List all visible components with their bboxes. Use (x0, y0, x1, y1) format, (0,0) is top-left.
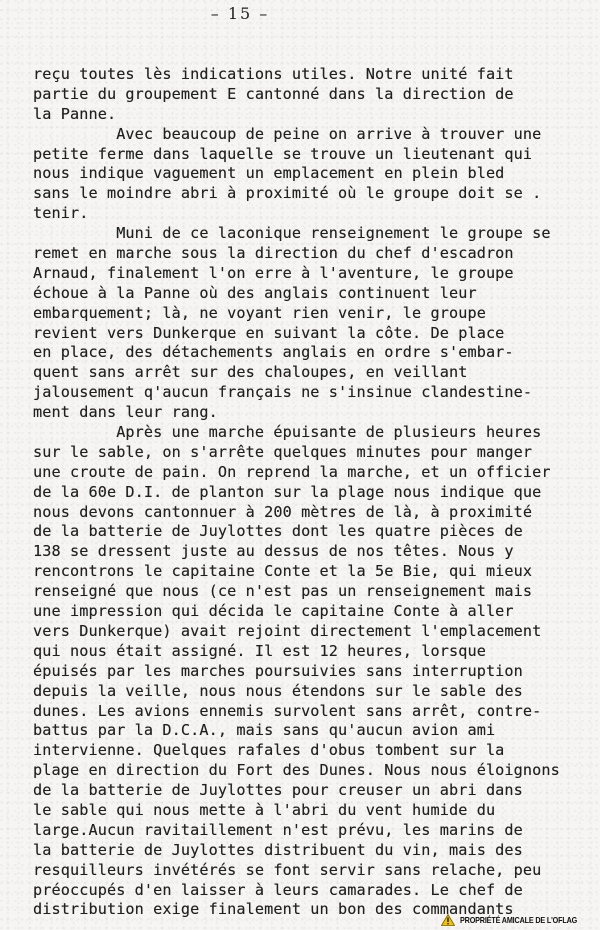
text-line: petite ferme dans laquelle se trouve un … (33, 145, 593, 165)
text-line: ment dans leur rang. (33, 403, 593, 423)
text-line: remet en marche sous la direction du che… (33, 244, 593, 264)
text-line: la Panne. (33, 105, 593, 125)
text-line: épuisés par les marches poursuivies sans… (33, 662, 593, 682)
text-line: vers Dunkerque) avait rejoint directemen… (33, 622, 593, 642)
text-line: resquilleurs invétérés se font servir sa… (33, 861, 593, 881)
text-line: Avec beaucoup de peine on arrive à trouv… (33, 125, 593, 145)
text-line: embarquement; là, ne voyant rien venir, … (33, 304, 593, 324)
text-line: de la 60e D.I. de planton sur la plage n… (33, 483, 593, 503)
text-line: tenir. (33, 204, 593, 224)
scanned-page: – 15 – reçu toutes lès indications utile… (0, 0, 600, 930)
text-line: Arnaud, finalement l'on erre à l'aventur… (33, 264, 593, 284)
page-number: – 15 – (200, 4, 280, 23)
text-line: Après une marche épuisante de plusieurs … (33, 423, 593, 443)
text-line: sans le moindre abri à proximité où le g… (33, 184, 593, 204)
text-line: reçu toutes lès indications utiles. Notr… (33, 65, 593, 85)
text-line: nous indique vaguement un emplacement en… (33, 164, 593, 184)
text-line: jalousement q'aucun français ne s'insinu… (33, 383, 593, 403)
text-line: la batterie de Juylottes distribuent du … (33, 841, 593, 861)
ownership-watermark: PROPRIÉTÉ AMICALE DE L'OFLAG (441, 914, 598, 926)
text-line: depuis la veille, nous nous étendons sur… (33, 682, 593, 702)
text-line: échoue à la Panne où des anglais continu… (33, 284, 593, 304)
text-line: revient vers Dunkerque en suivant la côt… (33, 324, 593, 344)
text-line: une impression qui décida le capitaine C… (33, 602, 593, 622)
text-line: une croute de pain. On reprend la marche… (33, 463, 593, 483)
text-line: qui nous était assigné. Il est 12 heures… (33, 642, 593, 662)
watermark-text: PROPRIÉTÉ AMICALE DE L'OFLAG (460, 915, 577, 925)
text-line: Muni de ce laconique renseignement le gr… (33, 224, 593, 244)
text-line: quent sans arrêt sur des chaloupes, en v… (33, 363, 593, 383)
text-line: sur le sable, on s'arrête quelques minut… (33, 443, 593, 463)
text-line: dunes. Les avions ennemis survolent sans… (33, 702, 593, 722)
text-line: partie du groupement E cantonné dans la … (33, 85, 593, 105)
text-line: préoccupés d'en laisser à leurs camarade… (33, 881, 593, 901)
typed-body-text: reçu toutes lès indications utiles. Notr… (33, 65, 593, 920)
text-line: intervienne. Quelques rafales d'obus tom… (33, 741, 593, 761)
text-line: rencontrons le capitaine Conte et la 5e … (33, 562, 593, 582)
text-line: en place, des détachements anglais en or… (33, 343, 593, 363)
text-line: de la batterie de Juylottes pour creuser… (33, 781, 593, 801)
text-line: battus par la D.C.A., mais sans qu'aucun… (33, 721, 593, 741)
text-line: le sable qui nous mette à l'abri du vent… (33, 801, 593, 821)
text-line: 138 se dressent juste au dessus de nos t… (33, 542, 593, 562)
text-line: nous devons cantonnuer à 200 mètres de l… (33, 503, 593, 523)
text-line: de la batterie de Juylottes dont les qua… (33, 522, 593, 542)
warning-icon (441, 914, 455, 926)
text-line: renseigné que nous (ce n'est pas un rens… (33, 582, 593, 602)
text-line: plage en direction du Fort des Dunes. No… (33, 761, 593, 781)
text-line: large.Aucun ravitaillement n'est prévu, … (33, 821, 593, 841)
